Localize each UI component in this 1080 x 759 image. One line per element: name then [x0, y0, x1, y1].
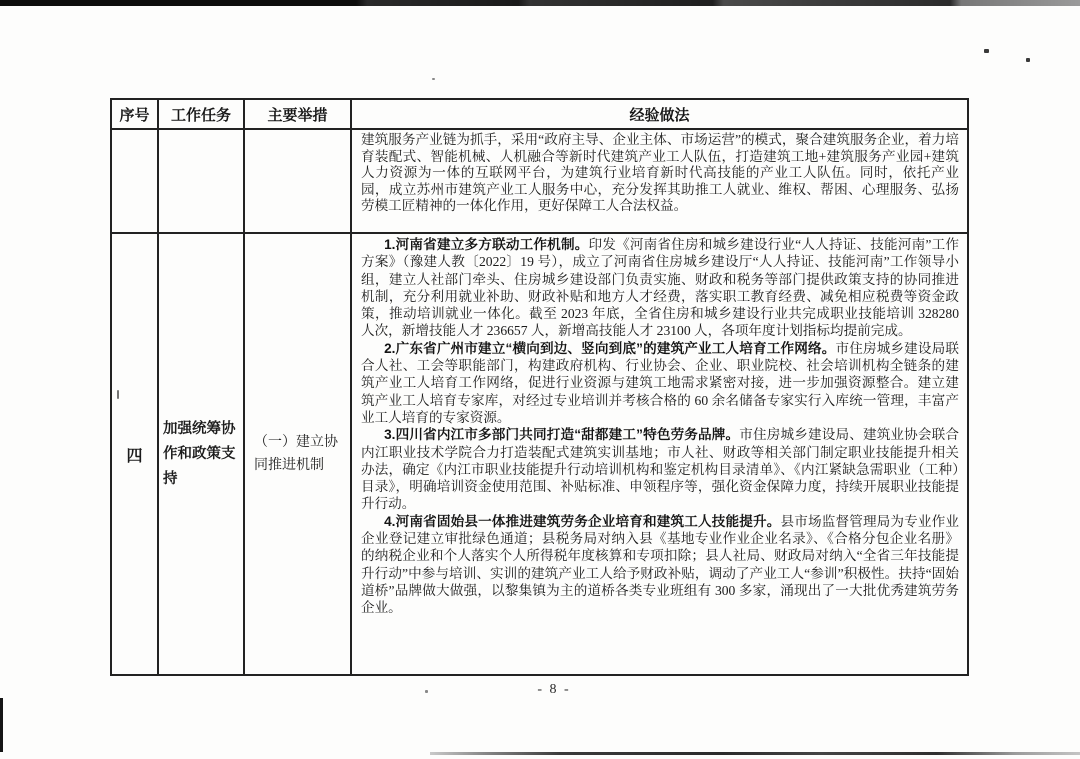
experience-item-2: 2.广东省广州市建立“横向到边、竖向到底”的建筑产业工人培育工作网络。市住房城乡…: [361, 340, 959, 426]
measure-cell: [244, 129, 351, 233]
scan-artifact-top-band: [0, 0, 1080, 6]
experience-item-4: 4.河南省固始县一体推进建筑劳务企业培育和建筑工人技能提升。县市场监督管理局为专…: [361, 513, 959, 617]
table-row-continuation: 建筑服务产业链为抓手，采用“政府主导、企业主体、市场运营”的模式，聚合建筑服务企…: [111, 129, 968, 233]
item-1-body: 印发《河南省住房和城乡建设行业“人人持证、技能河南”工作方案》（豫建人教〔202…: [361, 237, 959, 338]
serial-cell: [111, 129, 158, 233]
experience-table: 序号 工作任务 主要举措 经验做法 建筑服务产业链为抓手，采用“政府主导、企业主…: [110, 98, 969, 676]
item-1-lead: 1.河南省建立多方联动工作机制。: [384, 237, 588, 252]
item-3-lead: 3.四川省内江市多部门共同打造“甜都建工”特色劳务品牌。: [384, 427, 739, 442]
page-number: - 8 -: [0, 682, 1080, 698]
task-cell: [158, 129, 244, 233]
ink-speck: [432, 78, 435, 80]
experience-item-3: 3.四川省内江市多部门共同打造“甜都建工”特色劳务品牌。市住房城乡建设局、建筑业…: [361, 426, 959, 512]
scan-artifact-left-edge: [0, 698, 3, 752]
measure-cell: （一）建立协同推进机制: [244, 233, 351, 675]
continuation-paragraph: 建筑服务产业链为抓手，采用“政府主导、企业主体、市场运营”的模式，聚合建筑服务企…: [361, 132, 959, 215]
ink-speck: [984, 49, 989, 53]
ink-speck: [1026, 58, 1030, 62]
experience-item-1: 1.河南省建立多方联动工作机制。印发《河南省住房和城乡建设行业“人人持证、技能河…: [361, 236, 959, 340]
task-cell: 加强统筹协作和政策支持: [158, 233, 244, 675]
table-row-section-4: 四 加强统筹协作和政策支持 （一）建立协同推进机制 1.河南省建立多方联动工作机…: [111, 233, 968, 675]
item-2-lead: 2.广东省广州市建立“横向到边、竖向到底”的建筑产业工人培育工作网络。: [384, 341, 835, 356]
header-experience: 经验做法: [351, 99, 968, 129]
scan-artifact-bottom-line: [430, 752, 1080, 755]
header-task: 工作任务: [158, 99, 244, 129]
item-4-lead: 4.河南省固始县一体推进建筑劳务企业培育和建筑工人技能提升。: [384, 514, 780, 529]
header-measure: 主要举措: [244, 99, 351, 129]
table-header-row: 序号 工作任务 主要举措 经验做法: [111, 99, 968, 129]
header-serial: 序号: [111, 99, 158, 129]
serial-cell: 四: [111, 233, 158, 675]
experience-cell: 1.河南省建立多方联动工作机制。印发《河南省住房和城乡建设行业“人人持证、技能河…: [351, 233, 968, 675]
experience-cell: 建筑服务产业链为抓手，采用“政府主导、企业主体、市场运营”的模式，聚合建筑服务企…: [351, 129, 968, 233]
